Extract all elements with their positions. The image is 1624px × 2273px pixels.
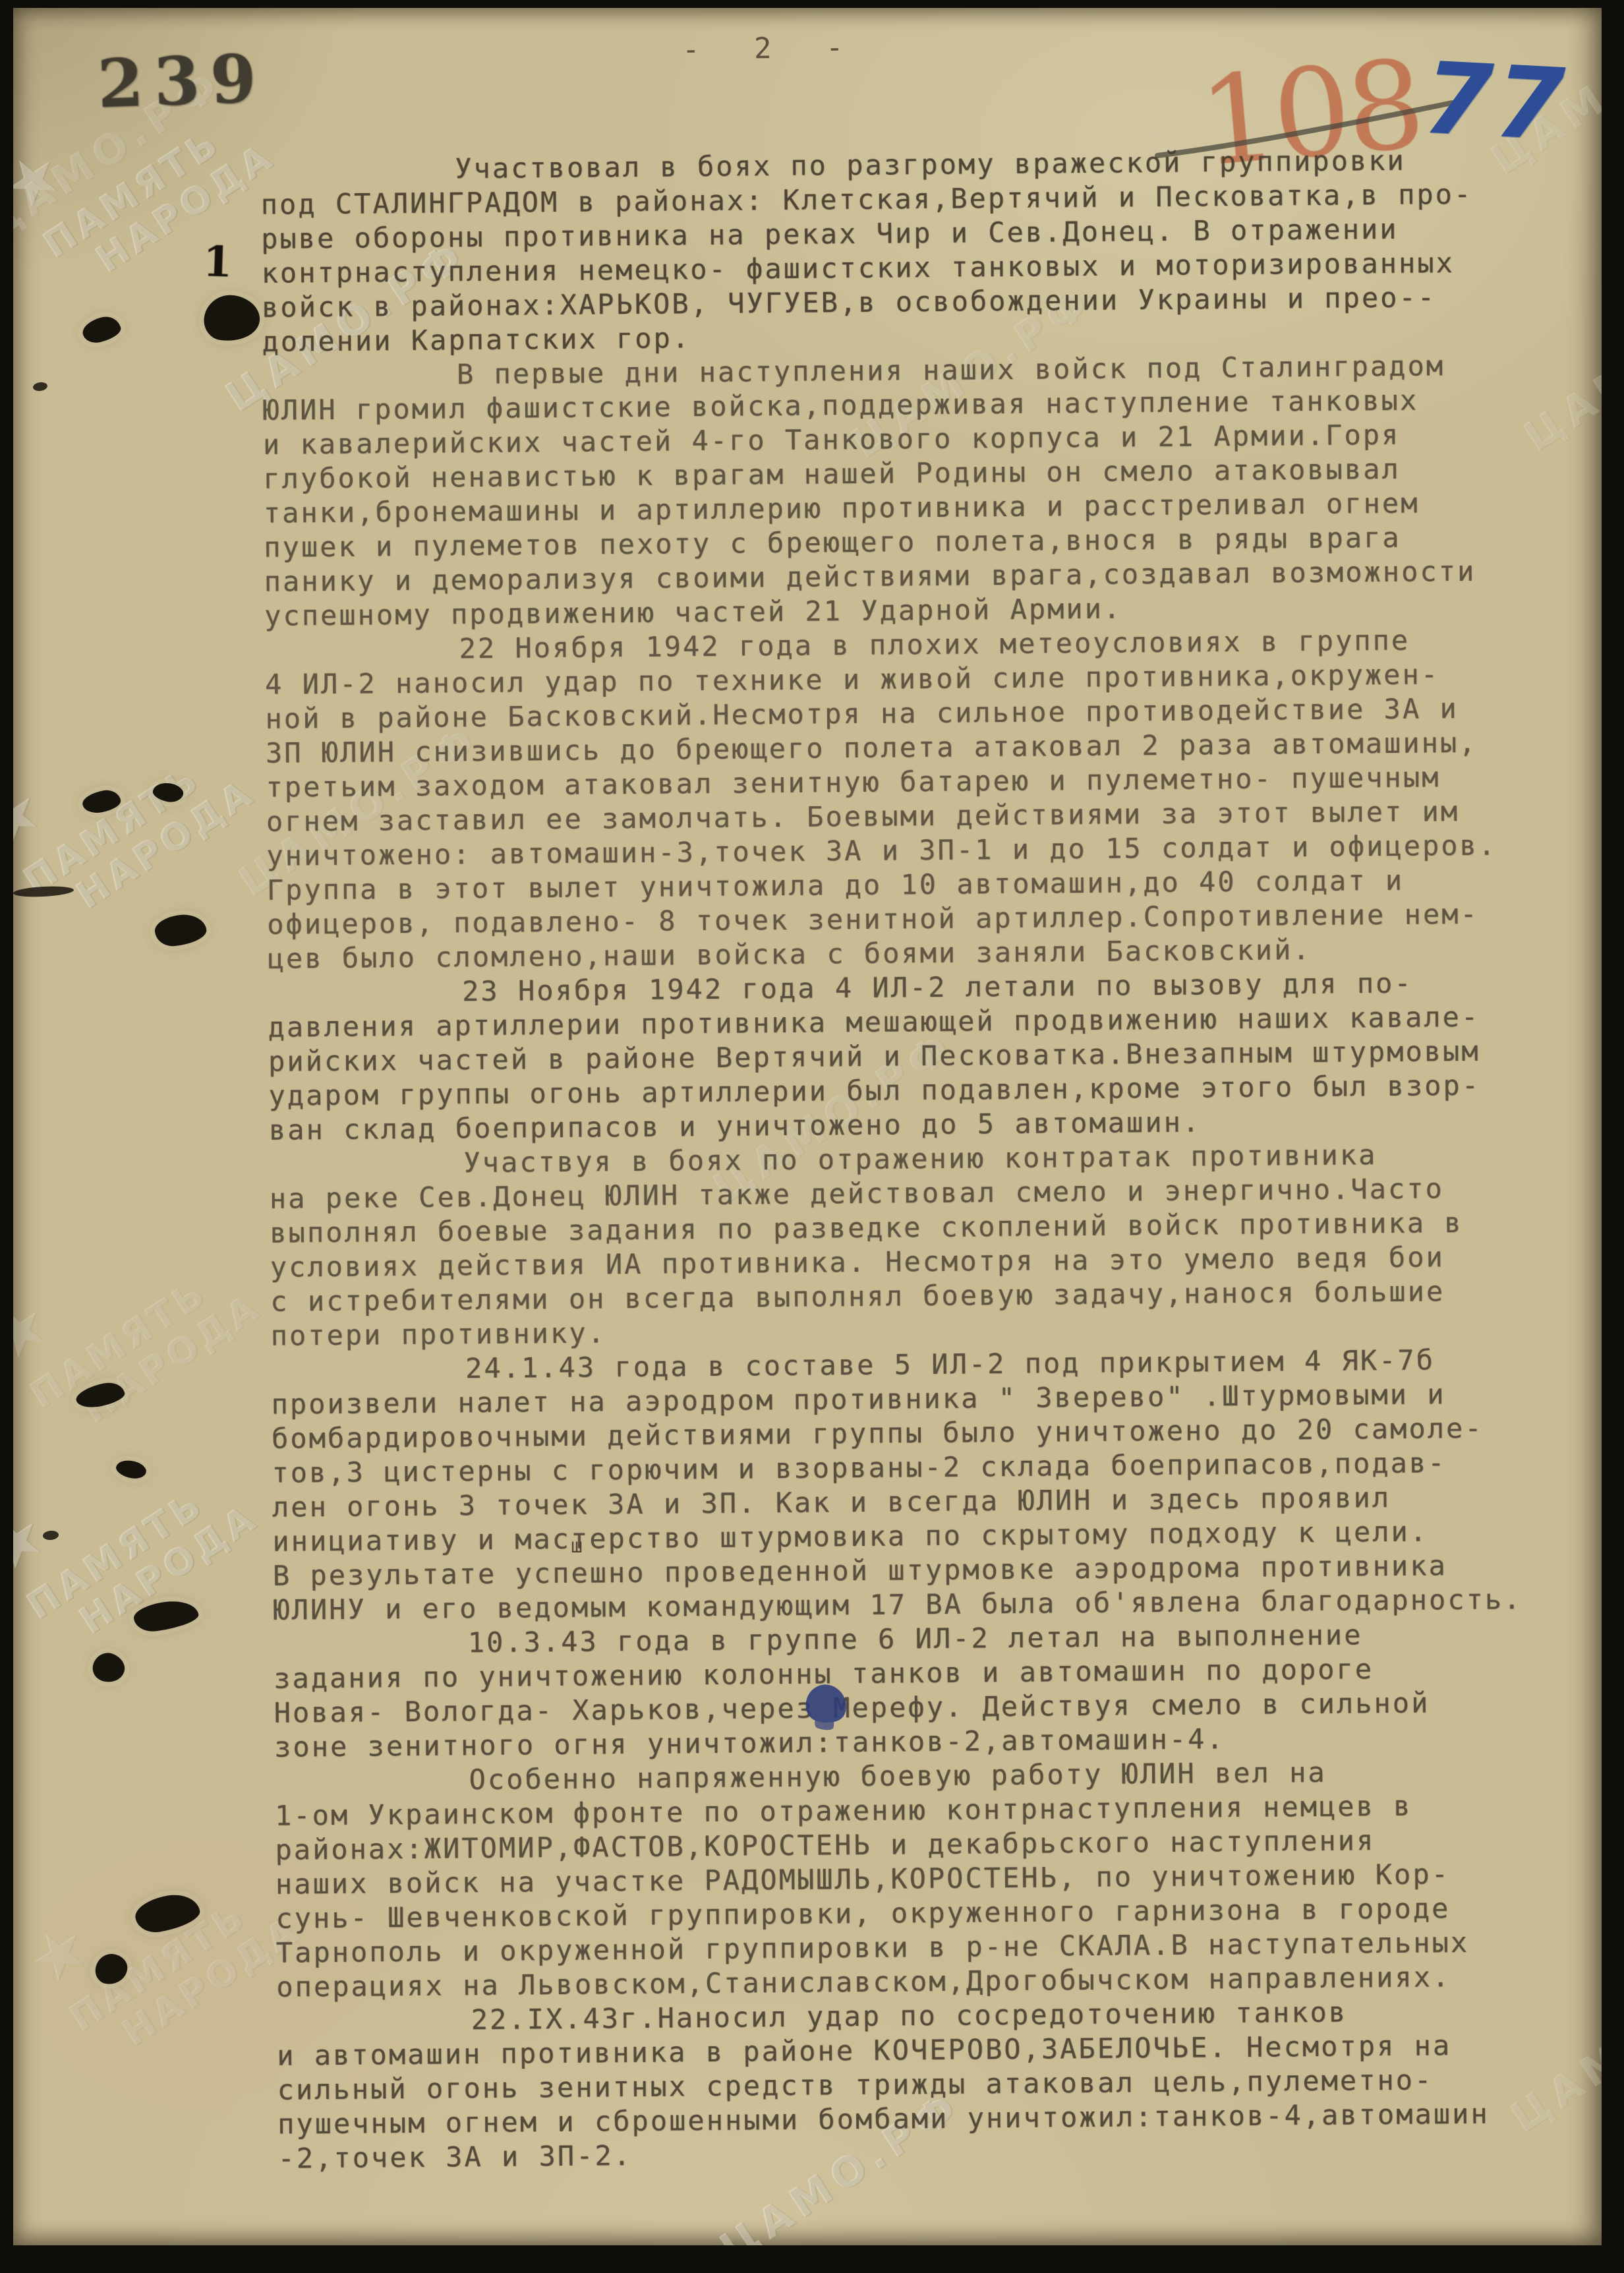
paragraph: 22.IX.43г.Наносил удар по сосредоточению… [277, 1993, 1602, 2176]
ink-blot [32, 382, 48, 392]
margin-annotation: 1 [202, 237, 233, 287]
paragraph: 24.1.43 года в составе 5 ИЛ-2 под прикры… [271, 1342, 1602, 1628]
ink-blot [154, 912, 208, 948]
ink-blot [13, 885, 74, 899]
star-icon: ★ [13, 782, 51, 849]
typed-text: Участвовал в боях по разгрому вражеской … [260, 142, 1602, 2176]
document-page: ★ПАМЯТЬНАРОДА★ПАМЯТЬНАРОДА★ПАМЯТЬНАРОДА★… [13, 8, 1602, 2245]
paragraph: 23 Ноября 1942 года 4 ИЛ-2 летали по выз… [268, 964, 1602, 1148]
paragraph: В первые дни наступления наших войск под… [262, 347, 1602, 634]
star-icon: ★ [24, 1919, 98, 1986]
ink-blot [74, 1380, 126, 1411]
ink-blot [81, 788, 123, 815]
ink-blot [114, 1457, 148, 1481]
ink-blot [152, 781, 185, 805]
paragraph: Участвуя в боях по отражению контратак п… [269, 1136, 1602, 1353]
ink-blot [132, 1597, 200, 1634]
paragraph: 10.3.43 года в группе 6 ИЛ-2 летал на вы… [274, 1616, 1602, 1765]
star-icon: ★ [13, 146, 71, 213]
memory-of-people-watermark: ★ПАМЯТЬНАРОДА [37, 102, 282, 301]
memory-of-people-watermark: ★ПАМЯТЬНАРОДА [24, 1252, 269, 1451]
ink-blot [89, 1649, 129, 1687]
ink-blot [202, 291, 263, 345]
paragraph: Участвовал в боях по разгрому вражеской … [260, 142, 1602, 359]
star-icon: ★ [13, 1296, 58, 1363]
archive-sheet-number-stamp: 239 [96, 40, 268, 123]
ink-blot [132, 1891, 202, 1935]
ink-blot [94, 1953, 129, 1986]
paragraph: 22 Ноября 1942 года в плохих метеоуслови… [264, 622, 1602, 976]
memory-of-people-watermark: ★ПАМЯТЬНАРОДА [20, 1463, 266, 1662]
ink-blot [42, 1530, 59, 1541]
typed-page-number: - 2 - [682, 30, 862, 67]
memory-of-people-watermark: ★ПАМЯТЬНАРОДА [17, 738, 262, 937]
paragraph: Особенно напряженную боевую работу ЮЛИН … [274, 1753, 1602, 2005]
scan-background: ★ПАМЯТЬНАРОДА★ПАМЯТЬНАРОДА★ПАМЯТЬНАРОДА★… [0, 0, 1624, 2273]
star-icon: ★ [13, 1507, 55, 1574]
ink-blot [80, 314, 123, 346]
